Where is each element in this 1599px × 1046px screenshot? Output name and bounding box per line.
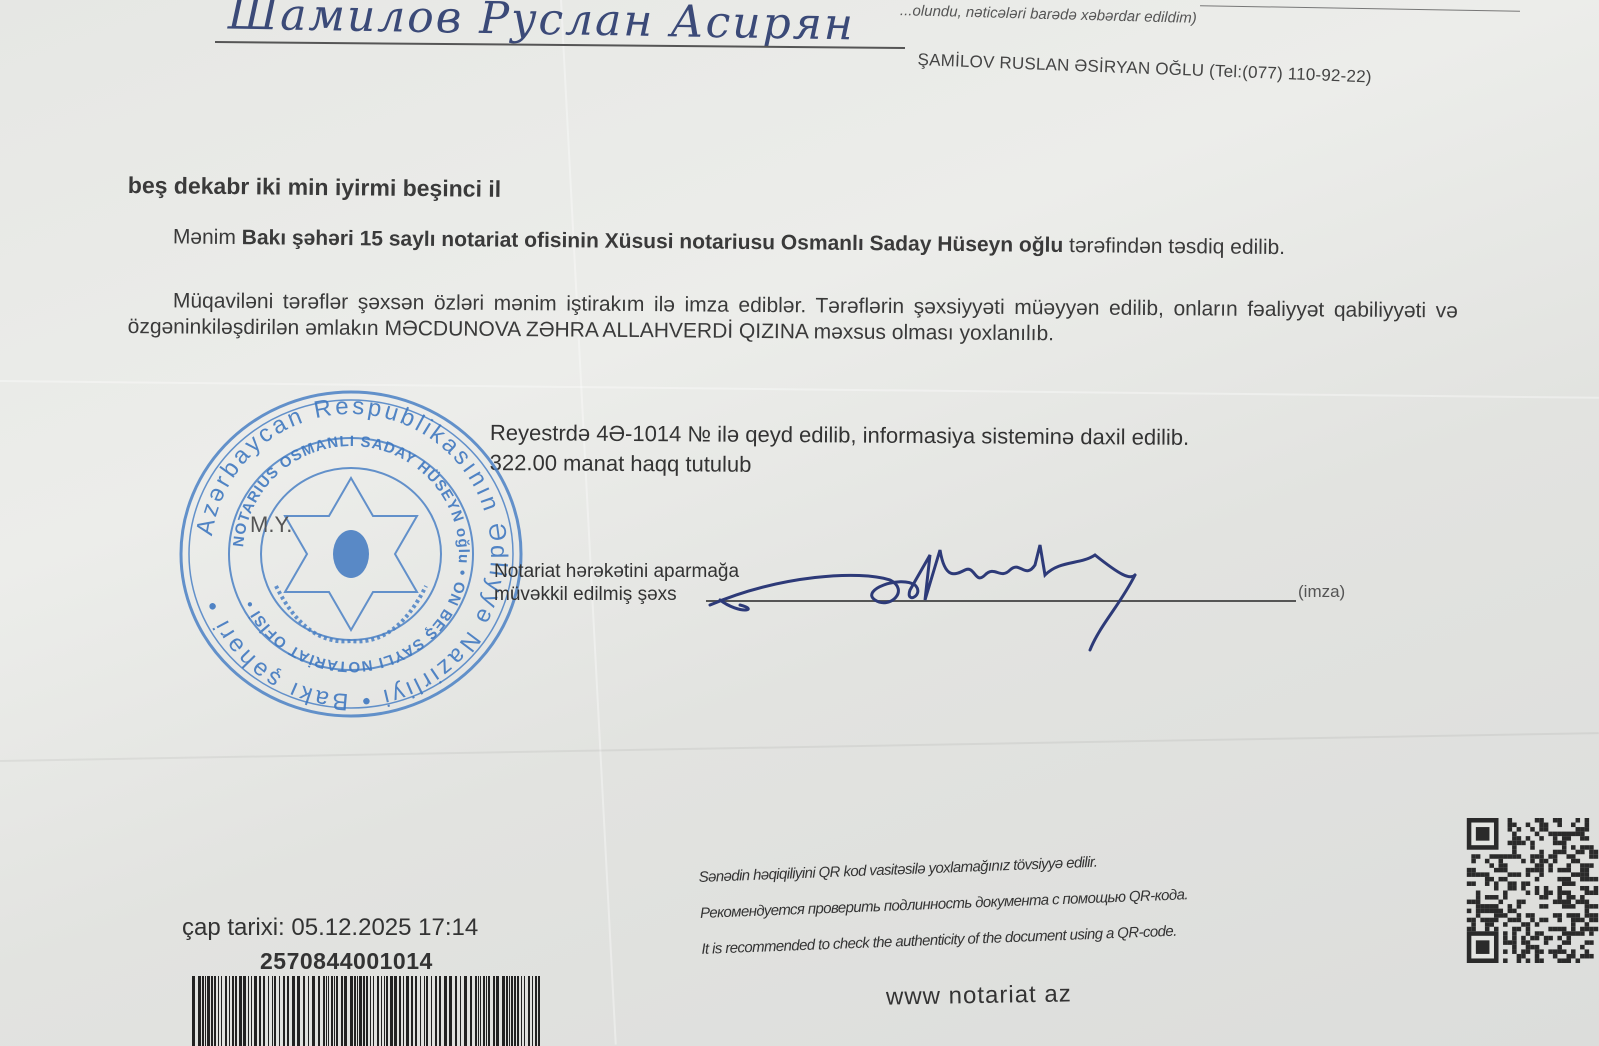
paper-crease bbox=[560, 0, 617, 1045]
date-heading: beş dekabr iki min iyirmi beşinci il bbox=[128, 172, 502, 203]
signature-icon bbox=[700, 520, 1160, 660]
para1-text: Mənim bbox=[173, 225, 242, 249]
verification-paragraph: Müqavilənі tərəflər şəxsən özləri mənim … bbox=[128, 288, 1458, 350]
top-rule bbox=[1200, 5, 1520, 12]
property-owner-name: MƏCDUNOVA ZƏHRA ALLAHVERDİ QIZINA bbox=[384, 317, 807, 343]
paper-crease bbox=[0, 732, 1599, 762]
para2-text-end: məxsus olması yoxlanılıb. bbox=[808, 320, 1054, 345]
barcode-icon bbox=[192, 976, 542, 1046]
website-link[interactable]: www notariat az bbox=[886, 980, 1072, 1011]
fee-line: 322.00 manat haqq tutulub bbox=[490, 448, 1189, 483]
para1-text-end: tərəfindən təsdiq edilib. bbox=[1063, 234, 1285, 259]
notary-name: Bakı şəhəri 15 saylı notariat ofisinin X… bbox=[242, 226, 1064, 257]
print-date: çap tarixi: 05.12.2025 17:14 bbox=[182, 914, 478, 942]
certification-paragraph: Mənim Bakı şəhəri 15 saylı notariat ofis… bbox=[128, 224, 1458, 263]
registry-line: Reyestrdə 4Ə-1014 № ilə qeyd edilib, inf… bbox=[490, 418, 1189, 453]
top-note: ...olundu, nəticələri barədə xəbərdar ed… bbox=[900, 2, 1197, 27]
document-number: 2570844001014 bbox=[260, 948, 433, 975]
qr-code-icon[interactable] bbox=[1466, 818, 1599, 963]
signer-printed-name: ŞAMİLOV RUSLAN ƏSİRYAN OĞLU (Tel:(077) 1… bbox=[917, 50, 1372, 87]
qr-verification-notice: Sənədin həqiqiliyini QR kod vasitəsilə y… bbox=[698, 841, 1190, 968]
signature-caption: (imza) bbox=[1298, 582, 1345, 602]
registry-block: Reyestrdə 4Ə-1014 № ilə qeyd edilib, inf… bbox=[490, 418, 1190, 483]
notary-stamp-icon: Azərbaycan Respublikasının Ədliyyə Nazir… bbox=[176, 386, 526, 722]
seal-place-mark: M.Y. bbox=[250, 512, 292, 538]
